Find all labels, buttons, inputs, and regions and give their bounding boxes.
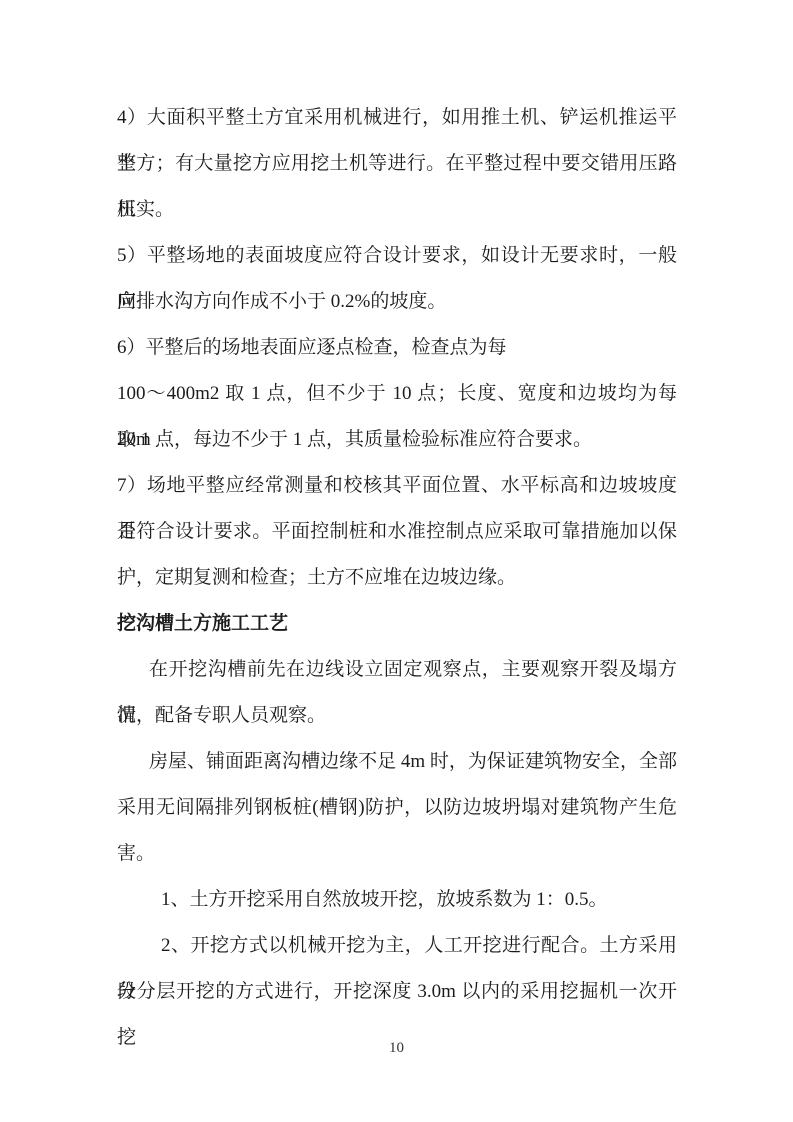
text-line: 采用无间隔排列钢板桩(槽钢)防护，以防边坡坍塌对建筑物产生危 (117, 785, 677, 831)
text-line: 1、土方开挖采用自然放坡开挖，放坡系数为 1：0.5。 (117, 877, 677, 923)
paragraph: 4）大面积平整土方宜采用机械进行，如用推土机、铲运机推运平整土方；有大量挖方应用… (117, 95, 677, 233)
section-heading: 挖沟槽土方施工工艺 (117, 601, 677, 647)
text-line: 向排水沟方向作成不小于 0.2%的坡度。 (117, 279, 677, 325)
text-line: 房屋、铺面距离沟槽边缘不足 4m 时，为保证建筑物安全，全部 (117, 739, 677, 785)
text-line: 土方；有大量挖方应用挖土机等进行。在平整过程中要交错用压路机 (117, 141, 677, 187)
text-line: 压实。 (117, 187, 677, 233)
text-line: 段分层开挖的方式进行，开挖深度 3.0m 以内的采用挖掘机一次开挖 (117, 969, 677, 1015)
paragraph: 2、开挖方式以机械开挖为主，人工开挖进行配合。土方采用分段分层开挖的方式进行，开… (117, 923, 677, 1015)
paragraph: 7）场地平整应经常测量和校核其平面位置、水平标高和边坡坡度是否符合设计要求。平面… (117, 463, 677, 601)
text-line: 否符合设计要求。平面控制桩和水准控制点应采取可靠措施加以保 (117, 509, 677, 555)
text-line: 害。 (117, 831, 677, 877)
paragraph: 在开挖沟槽前先在边线设立固定观察点，主要观察开裂及塌方情况，配备专职人员观察。 (117, 647, 677, 739)
paragraph: 1、土方开挖采用自然放坡开挖，放坡系数为 1：0.5。 (117, 877, 677, 923)
text-line: 况，配备专职人员观察。 (117, 693, 677, 739)
paragraph: 5）平整场地的表面坡度应符合设计要求，如设计无要求时，一般应向排水沟方向作成不小… (117, 233, 677, 325)
text-line: 100～400m2 取 1 点，但不少于 10 点；长度、宽度和边坡均为每 20… (117, 371, 677, 417)
text-line: 6）平整后的场地表面应逐点检查，检查点为每 (117, 325, 677, 371)
text-line: 护，定期复测和检查；土方不应堆在边坡边缘。 (117, 555, 677, 601)
document-page: 4）大面积平整土方宜采用机械进行，如用推土机、铲运机推运平整土方；有大量挖方应用… (0, 0, 793, 1122)
text-line: 在开挖沟槽前先在边线设立固定观察点，主要观察开裂及塌方情 (117, 647, 677, 693)
text-line: 取 1 点，每边不少于 1 点，其质量检验标准应符合要求。 (117, 417, 677, 463)
text-line: 2、开挖方式以机械开挖为主，人工开挖进行配合。土方采用分 (117, 923, 677, 969)
paragraph: 100～400m2 取 1 点，但不少于 10 点；长度、宽度和边坡均为每 20… (117, 371, 677, 463)
text-line: 7）场地平整应经常测量和校核其平面位置、水平标高和边坡坡度是 (117, 463, 677, 509)
page-content: 4）大面积平整土方宜采用机械进行，如用推土机、铲运机推运平整土方；有大量挖方应用… (117, 95, 677, 1015)
paragraph: 房屋、铺面距离沟槽边缘不足 4m 时，为保证建筑物安全，全部采用无间隔排列钢板桩… (117, 739, 677, 877)
text-line: 5）平整场地的表面坡度应符合设计要求，如设计无要求时，一般应 (117, 233, 677, 279)
text-line: 4）大面积平整土方宜采用机械进行，如用推土机、铲运机推运平整 (117, 95, 677, 141)
page-number: 10 (0, 1036, 793, 1060)
paragraph: 6）平整后的场地表面应逐点检查，检查点为每 (117, 325, 677, 371)
text-line: 挖沟槽土方施工工艺 (117, 601, 677, 647)
